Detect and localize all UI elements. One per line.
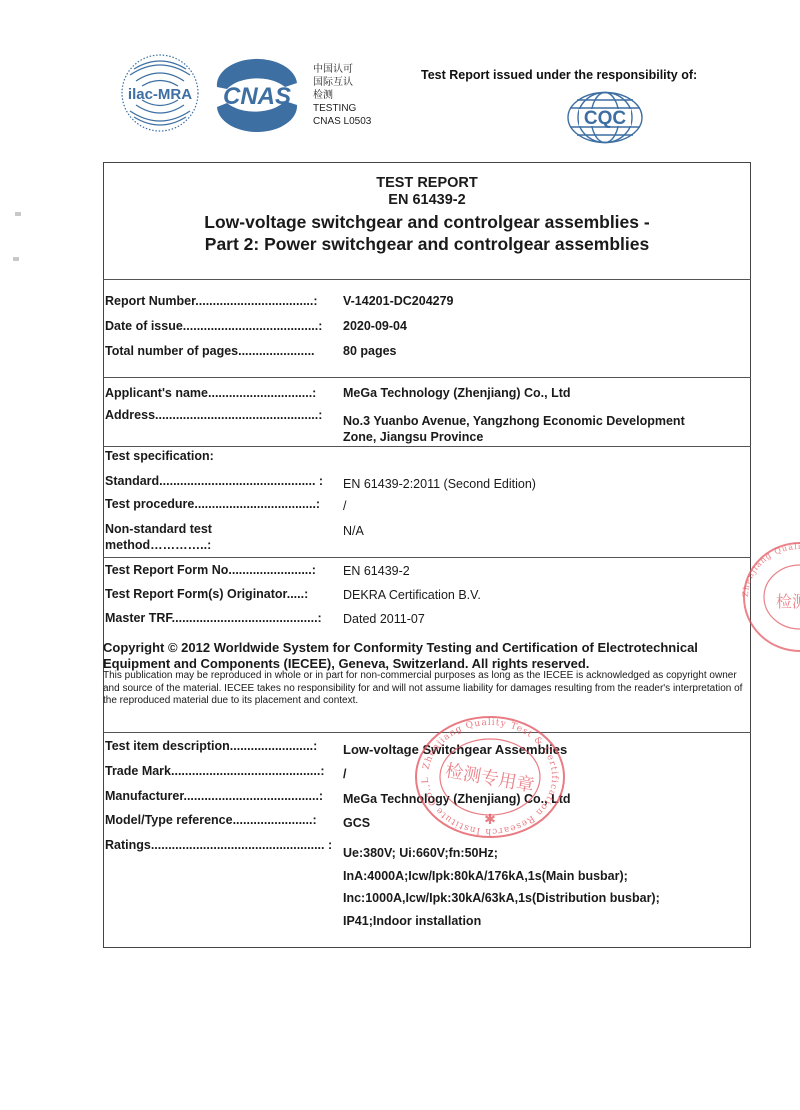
svg-text:CQC: CQC	[584, 108, 627, 129]
ratings-line: Ue:380V; Ui:660V;fn:50Hz;	[343, 842, 660, 865]
form-no-label: Test Report Form No.....................…	[105, 563, 316, 577]
svg-text:CNAS: CNAS	[223, 83, 291, 110]
test-spec-heading: Test specification:	[105, 449, 214, 463]
margin-mark	[15, 212, 21, 216]
manufacturer-value: MeGa Technology (Zhenjiang) Co., Ltd	[343, 792, 571, 806]
cnas-caption-line: CNAS L0503	[313, 115, 371, 128]
title-standard: EN 61439-2	[103, 192, 751, 209]
standard-value: EN 61439-2:2011 (Second Edition)	[343, 477, 536, 491]
divider	[103, 732, 751, 733]
date-of-issue-label: Date of issue...........................…	[105, 319, 322, 333]
address-line: No.3 Yuanbo Avenue, Yangzhong Economic D…	[343, 413, 685, 429]
address-label: Address.................................…	[105, 408, 322, 422]
date-of-issue-value: 2020-09-04	[343, 319, 407, 333]
divider	[103, 279, 751, 280]
report-number-value: V-14201-DC204279	[343, 294, 454, 308]
non-standard-value: N/A	[343, 524, 364, 538]
test-procedure-label: Test procedure..........................…	[105, 497, 320, 511]
model-value: GCS	[343, 816, 370, 830]
cnas-caption-line: 中国认可	[313, 63, 371, 76]
ilac-mra-logo: ilac-MRA	[120, 53, 200, 133]
address-line: Zone, Jiangsu Province	[343, 429, 685, 445]
test-procedure-value: /	[343, 499, 346, 513]
trade-mark-label: Trade Mark..............................…	[105, 764, 325, 778]
divider	[103, 557, 751, 558]
responsibility-statement: Test Report issued under the responsibil…	[421, 68, 697, 82]
form-no-value: EN 61439-2	[343, 564, 410, 578]
model-label: Model/Type reference....................…	[105, 813, 317, 827]
ratings-line: Inc:1000A,Icw/Ipk:30kA/63kA,1s(Distribut…	[343, 887, 660, 910]
address-value: No.3 Yuanbo Avenue, Yangzhong Economic D…	[343, 413, 685, 445]
originator-label: Test Report Form(s) Originator.....:	[105, 587, 308, 601]
cnas-logo: CNAS	[205, 57, 305, 132]
copyright-notice: Copyright © 2012 Worldwide System for Co…	[103, 640, 743, 672]
title-test-report: TEST REPORT	[103, 175, 751, 192]
cnas-caption-line: TESTING	[313, 102, 371, 115]
test-item-value: Low-voltage Switchgear Assemblies	[343, 742, 567, 757]
divider	[103, 377, 751, 378]
ratings-value: Ue:380V; Ui:660V;fn:50Hz; InA:4000A;Icw/…	[343, 842, 660, 932]
non-standard-label: Non-standard test method…………..:	[105, 521, 212, 553]
ratings-line: InA:4000A;Icw/Ipk:80kA/176kA,1s(Main bus…	[343, 865, 660, 888]
svg-text:ilac-MRA: ilac-MRA	[128, 86, 192, 103]
standard-label: Standard................................…	[105, 474, 323, 488]
report-title: TEST REPORT EN 61439-2 Low-voltage switc…	[103, 175, 751, 255]
master-trf-value: Dated 2011-07	[343, 612, 425, 626]
cqc-logo: CQC	[565, 90, 645, 145]
master-trf-label: Master TRF..............................…	[105, 611, 322, 625]
cnas-caption: 中国认可 国际互认 检测 TESTING CNAS L0503	[313, 63, 371, 128]
title-subject-line2: Part 2: Power switchgear and controlgear…	[103, 233, 751, 255]
test-item-label: Test item description...................…	[105, 739, 317, 753]
ratings-line: IP41;Indoor installation	[343, 910, 660, 933]
manufacturer-label: Manufacturer............................…	[105, 789, 323, 803]
cnas-caption-line: 国际互认	[313, 76, 371, 89]
svg-text:检测: 检测	[776, 592, 800, 611]
trade-mark-value: /	[343, 767, 346, 781]
report-number-label: Report Number...........................…	[105, 294, 318, 308]
cnas-caption-line: 检测	[313, 89, 371, 102]
copyright-disclaimer: This publication may be reproduced in wh…	[103, 670, 753, 708]
total-pages-value: 80 pages	[343, 344, 397, 358]
total-pages-label: Total number of pages...................…	[105, 344, 315, 358]
non-standard-label-line: Non-standard test	[105, 521, 212, 537]
non-standard-label-line: method…………..:	[105, 537, 212, 553]
originator-value: DEKRA Certification B.V.	[343, 588, 481, 602]
divider	[103, 446, 751, 447]
applicant-name-value: MeGa Technology (Zhenjiang) Co., Ltd	[343, 386, 571, 400]
title-subject-line1: Low-voltage switchgear and controlgear a…	[103, 211, 751, 233]
applicant-name-label: Applicant's name........................…	[105, 386, 316, 400]
ratings-label: Ratings.................................…	[105, 838, 332, 852]
margin-mark	[13, 257, 19, 261]
